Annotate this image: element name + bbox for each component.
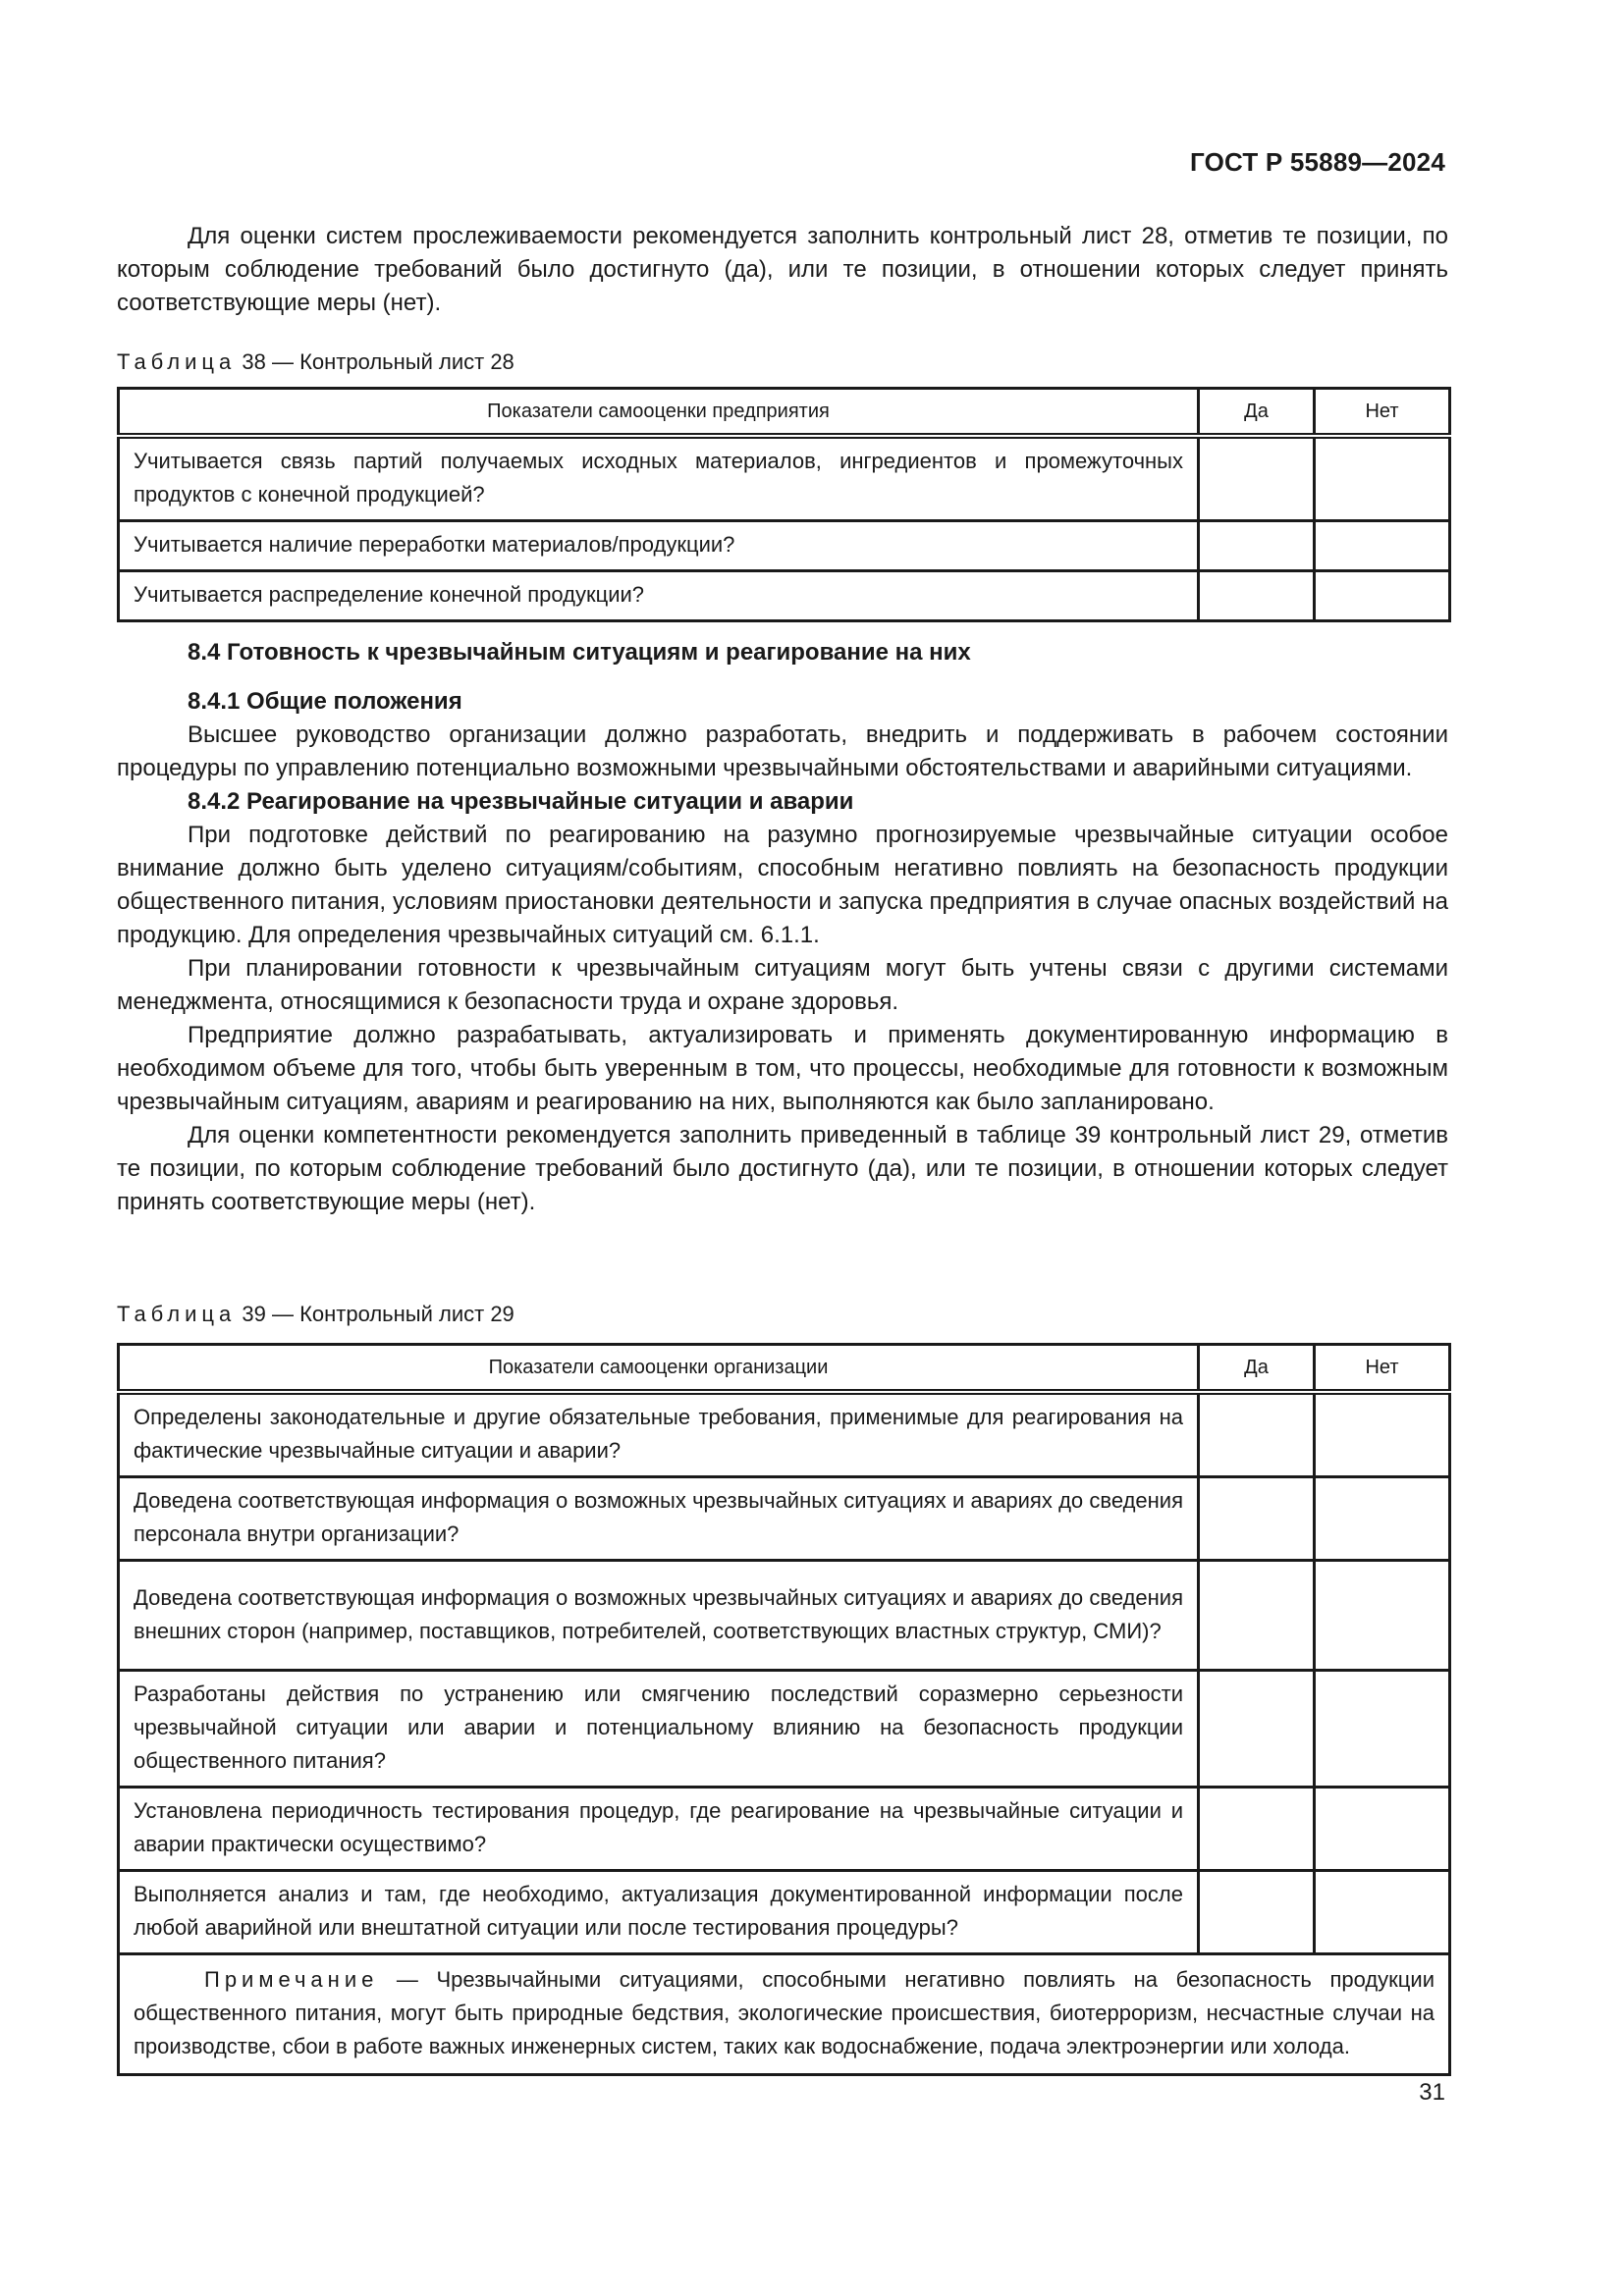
column-header-yes: Да: [1199, 1345, 1315, 1393]
section-8-4-title: 8.4 Готовность к чрезвычайным ситуациям …: [117, 636, 1448, 669]
no-checkbox-cell[interactable]: [1315, 521, 1450, 571]
yes-checkbox-cell[interactable]: [1199, 521, 1315, 571]
section-8-4: 8.4 Готовность к чрезвычайным ситуациям …: [117, 636, 1448, 1219]
no-checkbox-cell[interactable]: [1315, 1671, 1450, 1788]
document-code: ГОСТ Р 55889—2024: [1190, 147, 1445, 178]
section-8-4-2-paragraph: При подготовке действий по реагированию …: [117, 819, 1448, 952]
row-text: Определены законодательные и другие обяз…: [119, 1392, 1199, 1477]
yes-checkbox-cell[interactable]: [1199, 1671, 1315, 1788]
page-number: 31: [1419, 2079, 1445, 2107]
yes-checkbox-cell[interactable]: [1199, 1392, 1315, 1477]
table-note: Примечание — Чрезвычайными ситуациями, с…: [119, 1954, 1450, 2075]
section-8-4-2-paragraph: Для оценки компетентности рекомендуется …: [117, 1119, 1448, 1219]
row-text: Разработаны действия по устранению или с…: [119, 1671, 1199, 1788]
row-text: Учитывается связь партий получаемых исхо…: [119, 436, 1199, 521]
row-text: Выполняется анализ и там, где необходимо…: [119, 1871, 1199, 1954]
table-38-block: Таблица 38 — Контрольный лист 28 Показат…: [117, 347, 1448, 622]
yes-checkbox-cell[interactable]: [1199, 1788, 1315, 1871]
table-row: Учитывается распределение конечной проду…: [119, 571, 1450, 621]
table-row: Разработаны действия по устранению или с…: [119, 1671, 1450, 1788]
table-row: Учитывается наличие переработки материал…: [119, 521, 1450, 571]
yes-checkbox-cell[interactable]: [1199, 1561, 1315, 1671]
table-row: Установлена периодичность тестирования п…: [119, 1788, 1450, 1871]
table-39-caption: Таблица 39 — Контрольный лист 29: [117, 1300, 1448, 1329]
intro-block: Для оценки систем прослеживаемости реком…: [117, 220, 1448, 320]
table-39-block: Таблица 39 — Контрольный лист 29 Показат…: [117, 1300, 1448, 2076]
table-header-row: Показатели самооценки организации Да Нет: [119, 1345, 1450, 1393]
intro-paragraph: Для оценки систем прослеживаемости реком…: [117, 220, 1448, 320]
no-checkbox-cell[interactable]: [1315, 1871, 1450, 1954]
row-text: Доведена соответствующая информация о во…: [119, 1561, 1199, 1671]
row-text: Учитывается наличие переработки материал…: [119, 521, 1199, 571]
yes-checkbox-cell[interactable]: [1199, 436, 1315, 521]
table-38-caption: Таблица 38 — Контрольный лист 28: [117, 347, 1448, 377]
table-row: Выполняется анализ и там, где необходимо…: [119, 1871, 1450, 1954]
table-note-row: Примечание — Чрезвычайными ситуациями, с…: [119, 1954, 1450, 2075]
row-text: Учитывается распределение конечной проду…: [119, 571, 1199, 621]
table-header-row: Показатели самооценки предприятия Да Нет: [119, 389, 1450, 437]
row-text: Установлена периодичность тестирования п…: [119, 1788, 1199, 1871]
yes-checkbox-cell[interactable]: [1199, 1477, 1315, 1561]
column-header-no: Нет: [1315, 1345, 1450, 1393]
no-checkbox-cell[interactable]: [1315, 571, 1450, 621]
section-8-4-2-title: 8.4.2 Реагирование на чрезвычайные ситуа…: [117, 785, 1448, 819]
table-row: Определены законодательные и другие обяз…: [119, 1392, 1450, 1477]
column-header-no: Нет: [1315, 389, 1450, 437]
section-8-4-2-paragraph: При планировании готовности к чрезвычайн…: [117, 952, 1448, 1019]
no-checkbox-cell[interactable]: [1315, 1477, 1450, 1561]
yes-checkbox-cell[interactable]: [1199, 1871, 1315, 1954]
yes-checkbox-cell[interactable]: [1199, 571, 1315, 621]
column-header-indicator: Показатели самооценки предприятия: [119, 389, 1199, 437]
no-checkbox-cell[interactable]: [1315, 1392, 1450, 1477]
no-checkbox-cell[interactable]: [1315, 1788, 1450, 1871]
column-header-indicator: Показатели самооценки организации: [119, 1345, 1199, 1393]
row-text: Доведена соответствующая информация о во…: [119, 1477, 1199, 1561]
no-checkbox-cell[interactable]: [1315, 1561, 1450, 1671]
section-8-4-1-title: 8.4.1 Общие положения: [117, 685, 1448, 719]
section-8-4-1-paragraph: Высшее руководство организации должно ра…: [117, 719, 1448, 785]
no-checkbox-cell[interactable]: [1315, 436, 1450, 521]
table-row: Учитывается связь партий получаемых исхо…: [119, 436, 1450, 521]
note-label: Примечание: [204, 1967, 378, 1992]
checklist-table-28: Показатели самооценки предприятия Да Нет…: [117, 387, 1451, 622]
section-8-4-2-paragraph: Предприятие должно разрабатывать, актуал…: [117, 1019, 1448, 1119]
checklist-table-29: Показатели самооценки организации Да Нет…: [117, 1343, 1451, 2076]
table-row: Доведена соответствующая информация о во…: [119, 1477, 1450, 1561]
column-header-yes: Да: [1199, 389, 1315, 437]
table-row: Доведена соответствующая информация о во…: [119, 1561, 1450, 1671]
